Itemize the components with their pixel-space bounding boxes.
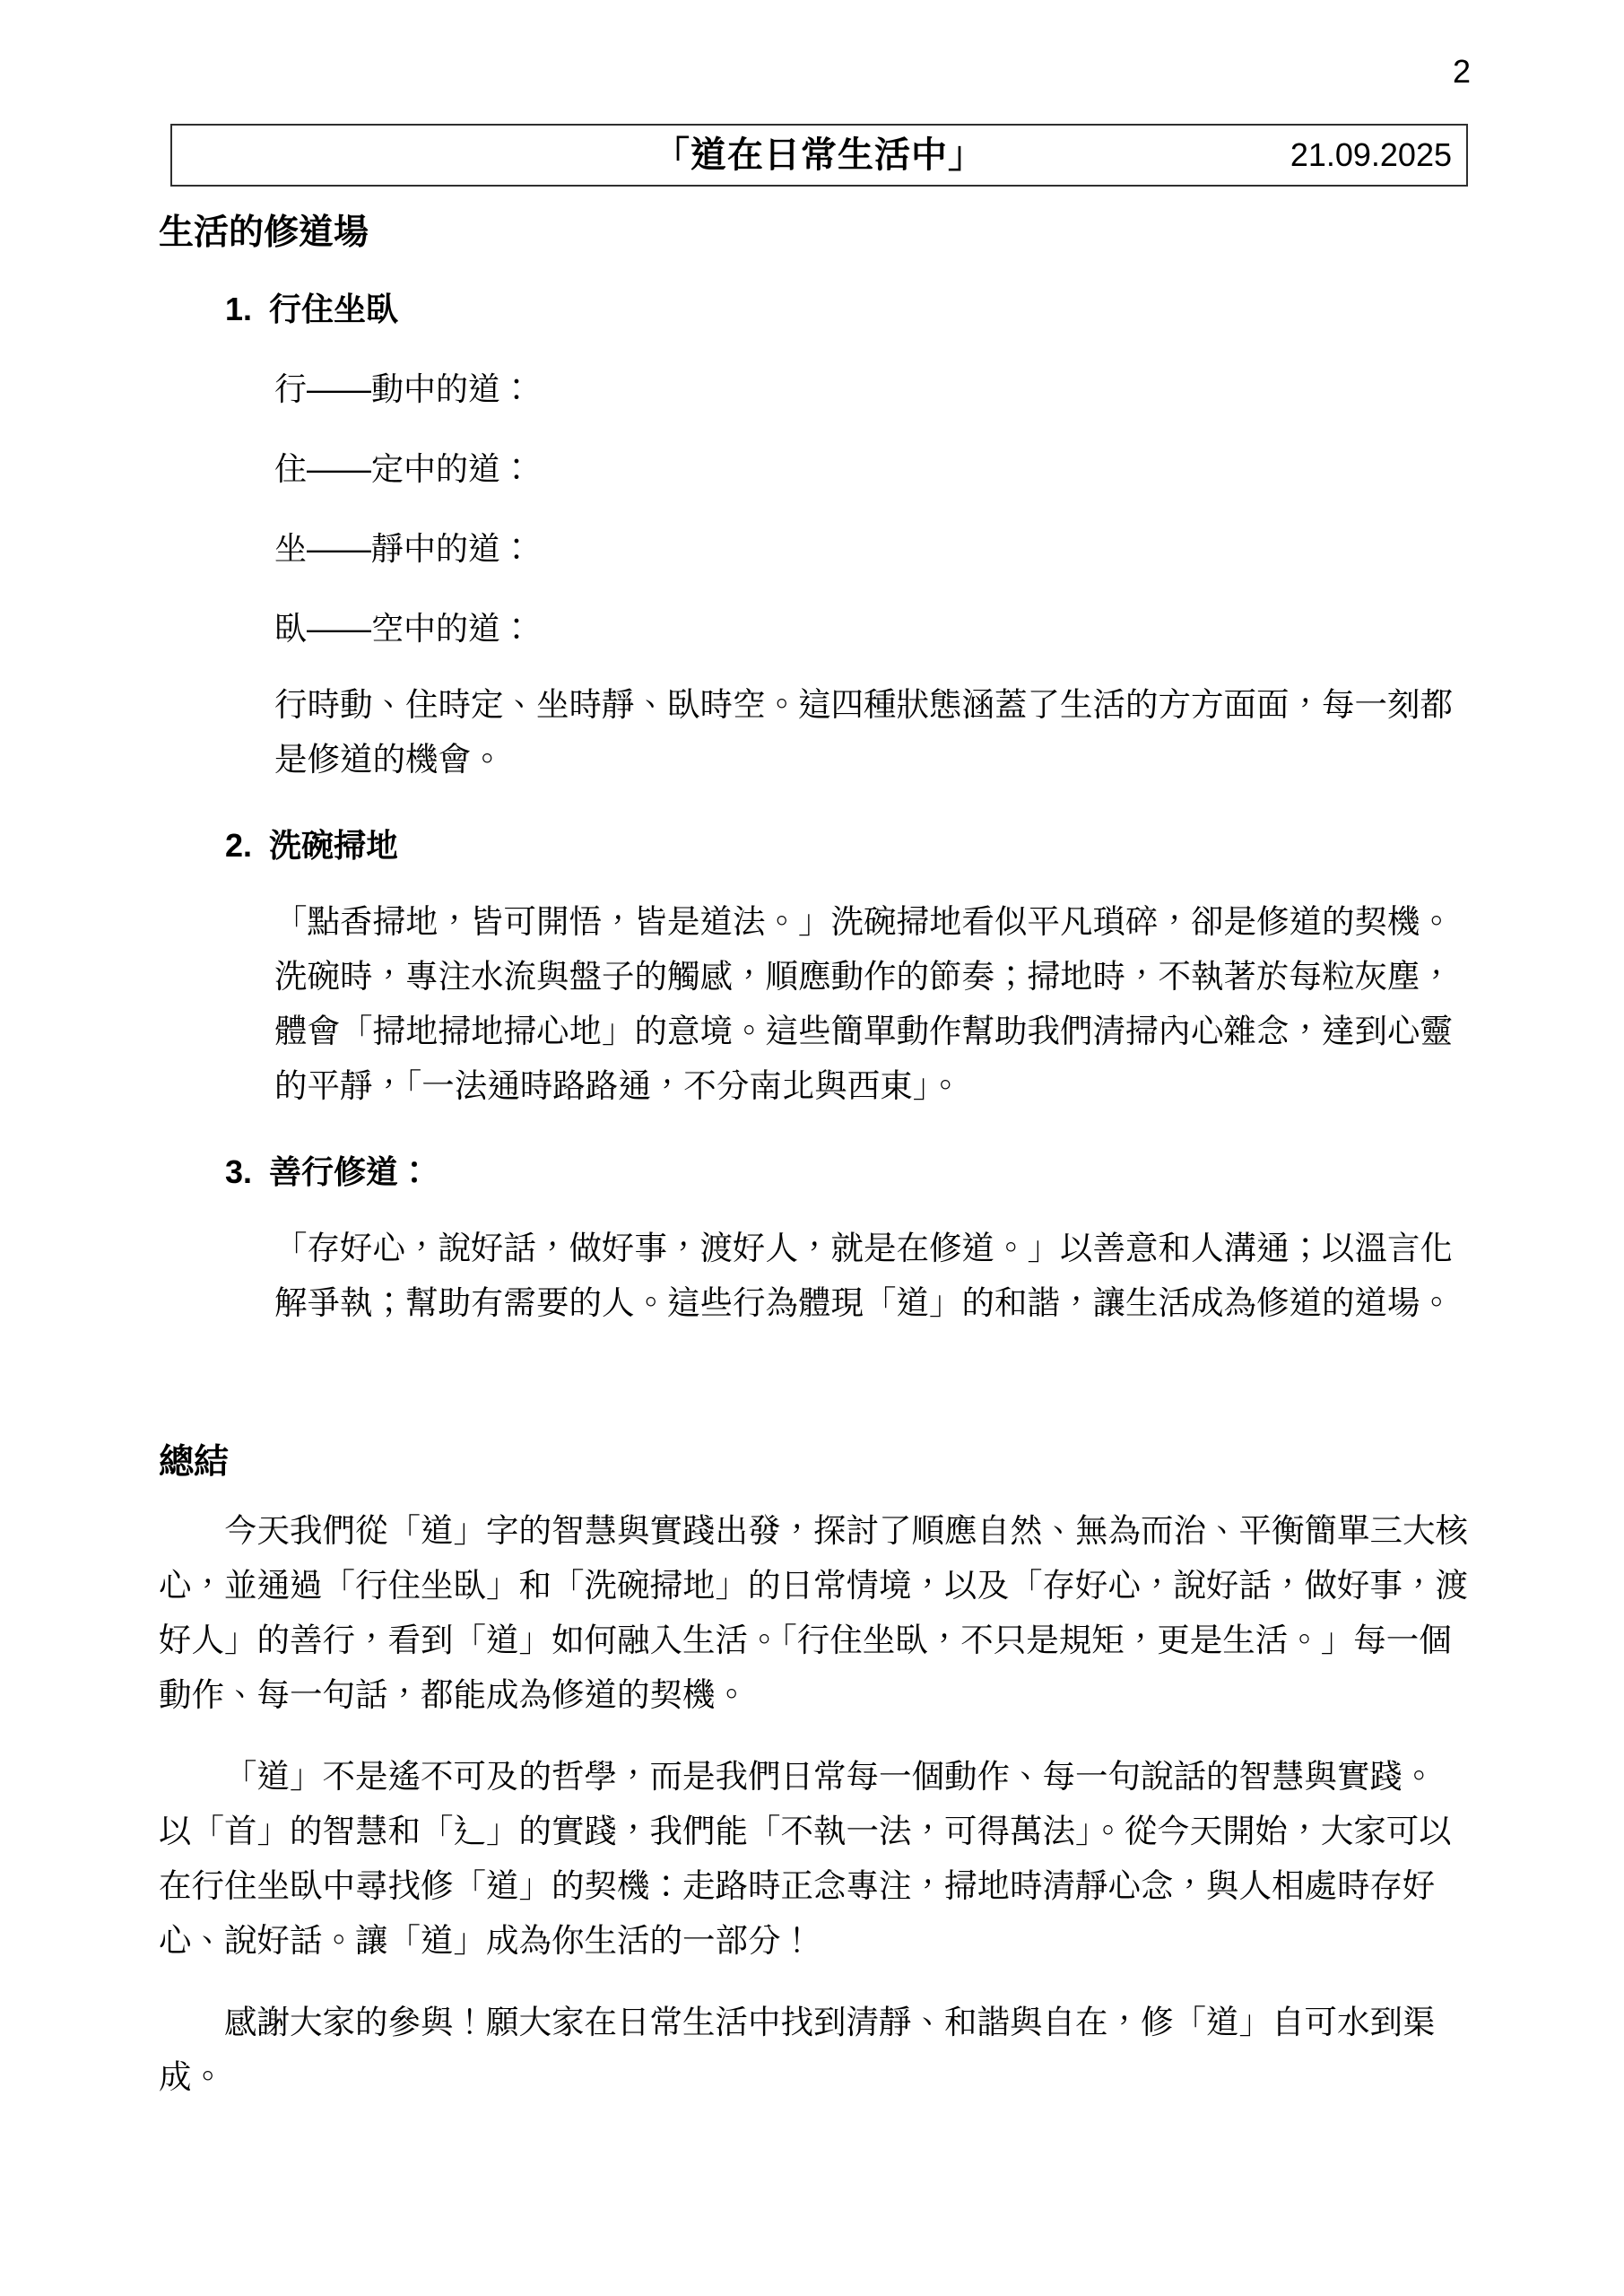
list-item-1-title: 行住坐臥 <box>269 291 398 327</box>
list-item-3-number: 3. <box>225 1156 269 1188</box>
document-page: 2 「道在日常生活中」 21.09.2025 生活的修道場 1.行住坐臥 行——… <box>0 0 1624 2296</box>
list-item-2-header: 2.洗碗掃地 <box>159 830 1471 862</box>
summary-paragraph-2: 「道」不是遙不可及的哲學，而是我們日常每一個動作、每一句說話的智慧與實踐。 以「… <box>159 1749 1471 1968</box>
summary-paragraph-1: 今天我們從「道」字的智慧與實踐出發，探討了順應自然、無為而治、平衡簡單三大核 心… <box>159 1503 1471 1722</box>
page-content: 2 「道在日常生活中」 21.09.2025 生活的修道場 1.行住坐臥 行——… <box>0 0 1624 2104</box>
page-number: 2 <box>159 0 1471 88</box>
document-date: 21.09.2025 <box>1290 136 1452 174</box>
document-title: 「道在日常生活中」 <box>654 137 985 173</box>
list-item-3-title: 善行修道： <box>269 1153 430 1190</box>
list-item-1-paragraph: 行時動、住時定、坐時靜、臥時空。這四種狀態涵蓋了生活的方方面面，每一刻都 是修道… <box>159 677 1471 787</box>
list-item-1-subline: 行——動中的道： <box>159 373 1471 405</box>
list-item-1-subline: 臥——空中的道： <box>159 613 1471 645</box>
section-heading-practice: 生活的修道場 <box>159 215 1471 250</box>
list-item-1-number: 1. <box>225 293 269 326</box>
list-item-2-number: 2. <box>225 830 269 862</box>
list-item-1-subline: 住——定中的道： <box>159 453 1471 485</box>
list-item-2-title: 洗碗掃地 <box>269 827 398 864</box>
section-heading-summary: 總結 <box>159 1445 1471 1480</box>
list-item-2-paragraph: 「點香掃地，皆可開悟，皆是道法。」洗碗掃地看似平凡瑣碎，卻是修道的契機。 洗碗時… <box>159 894 1471 1113</box>
list-item-3-paragraph: 「存好心，說好話，做好事，渡好人，就是在修道。」以善意和人溝通；以溫言化 解爭執… <box>159 1221 1471 1330</box>
header-box: 「道在日常生活中」 21.09.2025 <box>170 124 1468 187</box>
list-item-1-header: 1.行住坐臥 <box>159 293 1471 326</box>
list-item-3-header: 3.善行修道： <box>159 1156 1471 1188</box>
list-item-1-subline: 坐——靜中的道： <box>159 533 1471 565</box>
summary-paragraph-3: 感謝大家的參與！願大家在日常生活中找到清靜、和諧與自在，修「道」自可水到渠 成。 <box>159 1995 1471 2104</box>
